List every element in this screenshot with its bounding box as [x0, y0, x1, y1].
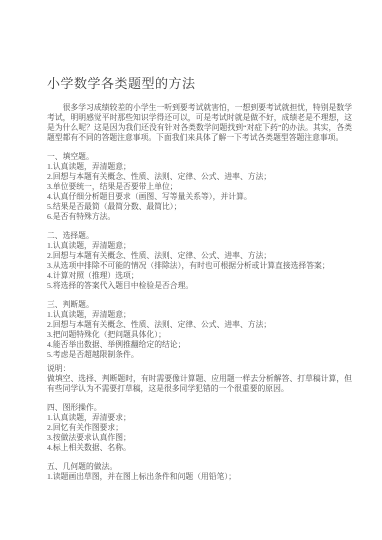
- section-heading: 二、选择题。: [47, 231, 352, 241]
- list-item: 2.回想与本题有关概念、性质、法则、定律、公式、进率、方法；: [47, 251, 352, 261]
- document-page: 小学数学各类题型的方法 很多学习成绩较差的小学生一听到要考试就害怕，一想到要考试…: [0, 0, 382, 540]
- section-heading: 五、几何题的做法。: [47, 462, 352, 472]
- list-item: 1.认真读题，弄清要求；: [47, 413, 352, 423]
- list-item: 5.将选择的答案代入题目中检验是否合理。: [47, 281, 352, 291]
- note-paragraph: 做填空、选择、判断题时，有时需要像计算题、应用题一样去分析解答、打草稿计算，但有…: [47, 374, 352, 394]
- intro-paragraph: 很多学习成绩较差的小学生一听到要考试就害怕，一想到要考试就担忧，特别是数学考试，…: [47, 103, 352, 143]
- list-item: 4.认真仔细分析题目要求（画图、写等量关系等），并计算。: [47, 192, 352, 202]
- list-item: 5.考虑是否超越限制条件。: [47, 350, 352, 360]
- list-item: 3.把问题特殊化（把问题具体化）；: [47, 330, 352, 340]
- section-heading: 三、判断题。: [47, 300, 352, 310]
- list-item: 2.回忆有关作图要求；: [47, 423, 352, 433]
- section-heading: 一、填空题。: [47, 152, 352, 162]
- note-label: 说明：: [47, 364, 352, 374]
- section: 二、选择题。1.认真读题，弄清题意；2.回想与本题有关概念、性质、法则、定律、公…: [47, 231, 352, 291]
- list-item: 4.标上相关数据、名称。: [47, 443, 352, 453]
- list-item: 5.结果是否最简（最简分数、最简比）；: [47, 202, 352, 212]
- list-item: 1.认真读题，弄清题意；: [47, 162, 352, 172]
- list-item: 6.是否有特殊方法。: [47, 212, 352, 222]
- list-item: 1.认真读题，弄清题意；: [47, 241, 352, 251]
- list-item: 4.计算对照（推理）选项；: [47, 271, 352, 281]
- list-item: 2.回想与本题有关概念、性质、法则、定律、公式、进率、方法；: [47, 320, 352, 330]
- list-item: 3.按做法要求认真作图；: [47, 433, 352, 443]
- section: 三、判断题。1.认真读题，弄清题意；2.回想与本题有关概念、性质、法则、定律、公…: [47, 300, 352, 394]
- section: 一、填空题。1.认真读题，弄清题意；2.回想与本题有关概念、性质、法则、定律、公…: [47, 152, 352, 222]
- list-item: 3.从选项中排除不可能的情况（排除法），有时也可根据分析或计算直接选择答案；: [47, 261, 352, 271]
- list-item: 4.能否举出数据、举例推翻给定的结论；: [47, 340, 352, 350]
- sections-container: 一、填空题。1.认真读题，弄清题意；2.回想与本题有关概念、性质、法则、定律、公…: [47, 152, 352, 482]
- page-title: 小学数学各类题型的方法: [47, 76, 352, 92]
- section: 五、几何题的做法。1.读题画出草图，并在图上标出条件和问题（用铅笔）；: [47, 462, 352, 482]
- list-item: 2.回想与本题有关概念、性质、法则、定律、公式、进率、方法；: [47, 172, 352, 182]
- section-heading: 四、图形操作。: [47, 403, 352, 413]
- list-item: 1.读题画出草图，并在图上标出条件和问题（用铅笔）；: [47, 472, 352, 482]
- list-item: 1.认真读题，弄清题意；: [47, 310, 352, 320]
- section: 四、图形操作。1.认真读题，弄清要求；2.回忆有关作图要求；3.按做法要求认真作…: [47, 403, 352, 453]
- list-item: 3.单位要统一，结果是否要带上单位；: [47, 182, 352, 192]
